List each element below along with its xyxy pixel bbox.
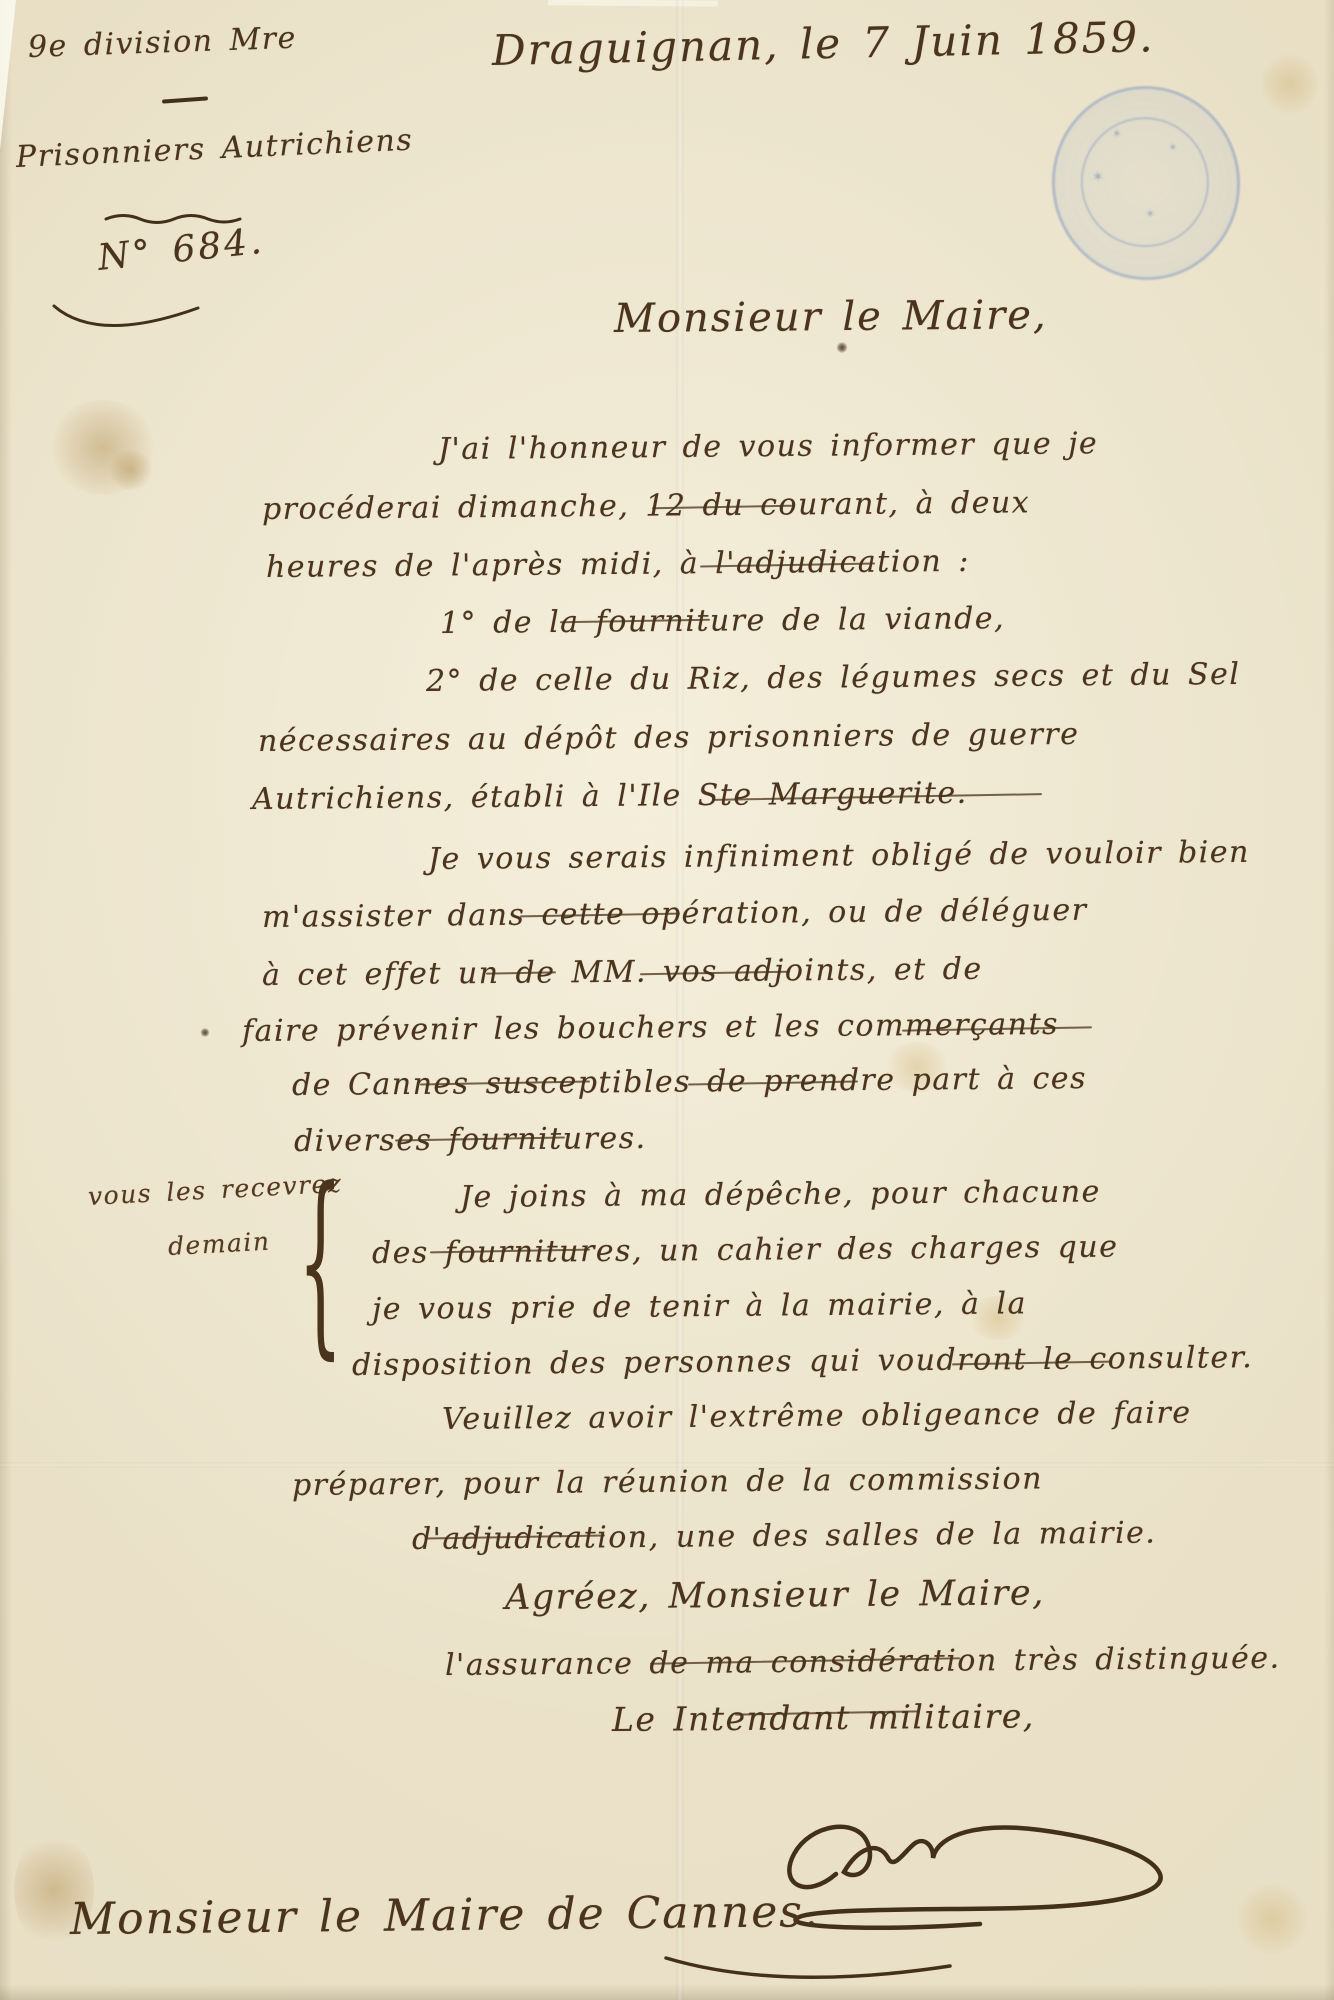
recipient-line: Monsieur le Maire de Cannes. [70,1886,820,1945]
foxing-stain [1236,1884,1308,1954]
letter-page: ✶ ✶ ✶ ✶ 9e division Mre Draguignan, le 7… [0,0,1334,2000]
paper-edge-left [0,0,12,2000]
heading-division: 9e division Mre [27,21,297,65]
body-line: nécessaires au dépôt des prisonniers de … [258,717,1080,759]
body-line: Agréez, Monsieur le Maire, [505,1573,1045,1618]
body-line: préparer, pour la réunion de la commissi… [292,1461,1043,1503]
heading-underline [162,96,208,103]
salutation: Monsieur le Maire, [614,292,1048,342]
ink-speck [836,342,848,353]
paper-edge-right [1324,0,1334,2000]
dateline: Draguignan, le 7 Juin 1859. [491,12,1154,75]
stamp-star-icon: ✶ [1111,126,1123,141]
margin-brace: { [298,1150,343,1379]
body-line: Je vous serais infiniment obligé de voul… [428,835,1250,877]
body-line: je vous prie de tenir à la mairie, à la [372,1286,1027,1327]
margin-note-line2: demain [167,1227,271,1261]
foxing-stain [48,400,158,495]
body-line: Veuillez avoir l'extrême obligeance de f… [442,1395,1192,1437]
foxing-stain [108,450,154,490]
stamp-star-icon: ✶ [1167,140,1178,154]
body-line: faire prévenir les bouchers et les comme… [242,1007,1059,1049]
circular-ink-stamp: ✶ ✶ ✶ ✶ [1039,74,1252,292]
body-line: 1° de la fourniture de la viande, [440,601,1005,641]
body-line: disposition des personnes qui voudront l… [352,1340,1254,1383]
body-line: l'assurance de ma considération très dis… [445,1641,1281,1683]
body-line: procéderai dimanche, 12 du courant, à de… [262,485,1030,527]
reference-number: N° 684. [96,221,266,279]
recipient-flourish [660,1948,960,1988]
stamp-star-icon: ✶ [1144,206,1156,221]
body-line: 2° de celle du Riz, des légumes secs et … [426,657,1241,699]
body-line: de Cannes susceptibles de prendre part à… [292,1061,1087,1103]
paper-top-notch [548,0,718,7]
ink-speck [200,1028,210,1037]
body-line: à cet effet un de MM. vos adjoints, et d… [262,952,983,993]
stamp-star-icon: ✶ [1090,167,1105,187]
foxing-stain [1262,52,1318,116]
body-line: J'ai l'honneur de vous informer que je [438,426,1099,467]
reference-flourish [48,292,208,338]
closing-title: Le Intendant militaire, [612,1696,1035,1739]
subject-line: Prisonniers Autrichiens [15,123,414,175]
body-line: Je joins à ma dépêche, pour chacune [460,1174,1101,1215]
